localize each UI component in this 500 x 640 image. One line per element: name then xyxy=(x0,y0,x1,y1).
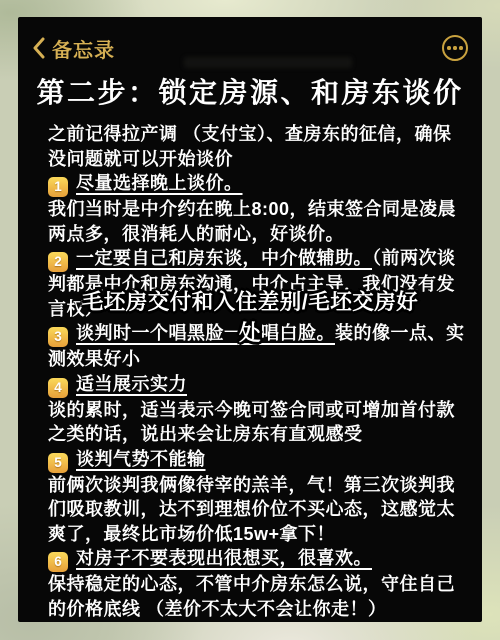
note-item-3: 3谈判时一个唱黑脸一个唱白脸。装的像一点、实测效果好小 xyxy=(48,321,468,372)
note-item-4: 4适当展示实力 xyxy=(48,372,468,398)
item-heading: 一定要自己和房东谈，中介做辅助。 xyxy=(76,248,372,268)
note-paragraph: 前俩次谈判我俩像待宰的羔羊，气！第三次谈判我们吸取教训，达不到理想价位不买心态，… xyxy=(48,473,468,547)
back-button[interactable]: 备忘录 xyxy=(32,34,115,63)
note-item-1: 1尽量选择晚上谈价。 xyxy=(48,171,468,197)
item-number-badge: 4 xyxy=(48,378,68,398)
item-number-badge: 5 xyxy=(48,453,68,473)
note-paragraph: 谈的累时，适当表示今晚可签合同或可增加首付款之类的话，说出来会让房东有直观感受 xyxy=(48,398,468,447)
item-heading: 谈判时一个唱黑脸一个唱白脸。 xyxy=(76,323,335,343)
chevron-left-icon xyxy=(32,37,45,59)
memo-note-card: 备忘录 第二步：锁定房源、和房东谈价 之前记得拉产调 （支付宝）、查房东的征信，… xyxy=(18,17,482,622)
back-label: 备忘录 xyxy=(52,34,115,63)
item-number-badge: 6 xyxy=(48,552,68,572)
note-title: 第二步：锁定房源、和房东谈价 xyxy=(32,77,468,109)
screen: { "header": { "back_label": "备忘录" }, "no… xyxy=(0,0,500,640)
more-options-button[interactable] xyxy=(442,35,468,61)
item-heading: 适当展示实力 xyxy=(76,374,187,394)
note-item-5: 5谈判气势不能输 xyxy=(48,447,468,473)
ellipsis-icon xyxy=(447,46,451,50)
nav-bar: 备忘录 xyxy=(32,33,468,63)
item-number-badge: 2 xyxy=(48,252,68,272)
faint-timestamp xyxy=(184,57,352,68)
item-heading: 尽量选择晚上谈价。 xyxy=(76,173,243,193)
note-paragraph: 保持稳定的心态，不管中介房东怎么说，守住自己的价格底线 （差价不太大不会让你走！… xyxy=(48,572,468,621)
note-paragraph: 之前记得拉产调 （支付宝）、查房东的征信，确保没问题就可以开始谈价 xyxy=(48,122,468,171)
note-item-6: 6对房子不要表现出很想买，很喜欢。 xyxy=(48,546,468,572)
note-body[interactable]: 之前记得拉产调 （支付宝）、查房东的征信，确保没问题就可以开始谈价 1尽量选择晚… xyxy=(32,122,470,621)
item-heading: 谈判气势不能输 xyxy=(76,449,206,469)
note-item-2: 2一定要自己和房东谈，中介做辅助。（前两次谈判都是中介和房东沟通，中介占主导，我… xyxy=(48,246,468,321)
item-number-badge: 3 xyxy=(48,327,68,347)
item-number-badge: 1 xyxy=(48,177,68,197)
note-paragraph: 我们当时是中介约在晚上8:00，结束签合同是凌晨两点多，很消耗人的耐心，好谈价。 xyxy=(48,197,468,246)
item-heading: 对房子不要表现出很想买，很喜欢。 xyxy=(76,548,372,568)
